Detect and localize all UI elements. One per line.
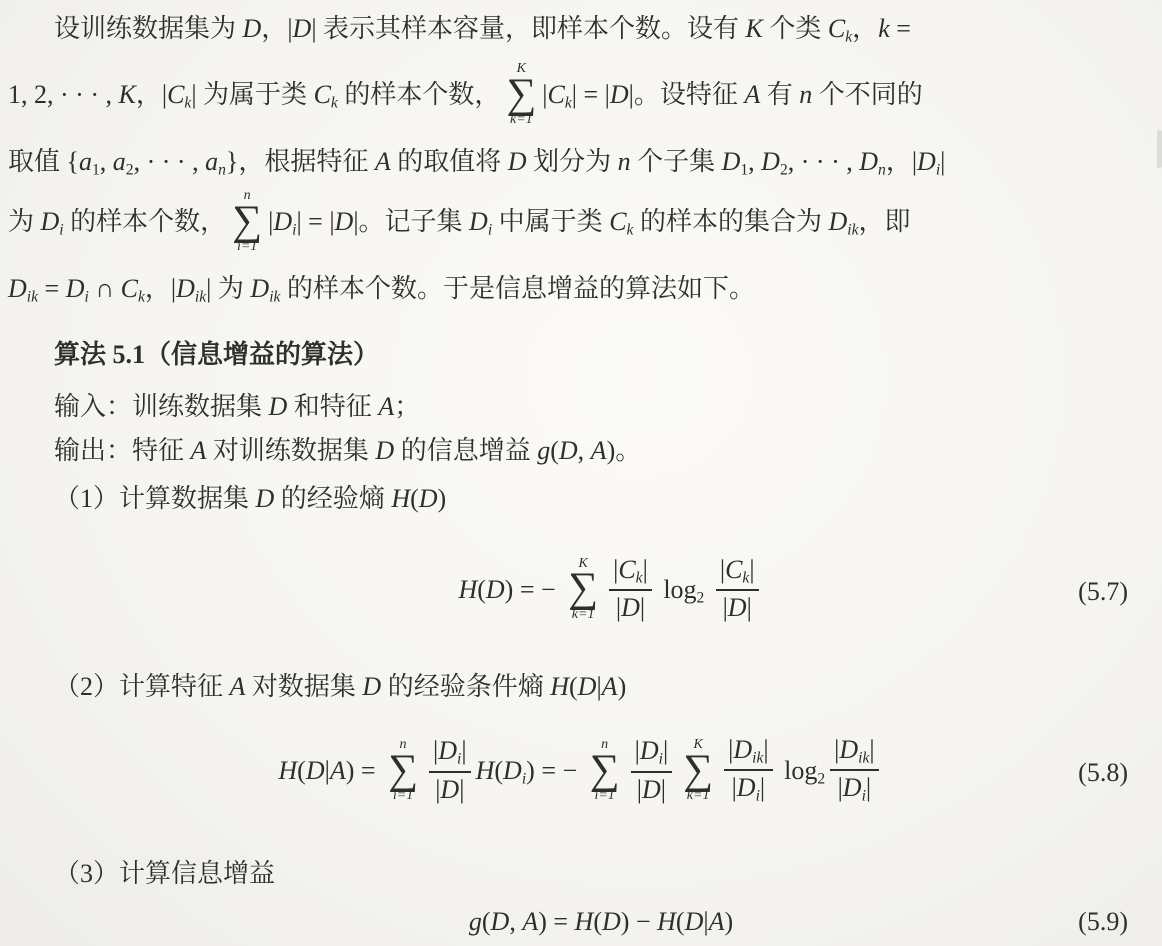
fraction: |Dik||Di| — [830, 735, 878, 806]
algorithm-input-line: 输入：训练数据集 D 和特征 A； — [8, 390, 1154, 424]
algorithm-step-1-label: （1）计算数据集 D 的经验熵 H(D) — [8, 482, 1154, 516]
summation-symbol: n∑i=1 — [590, 737, 620, 803]
formula-5-9-content: g(D, A) = H(D) − H(D|A) — [469, 907, 733, 936]
sigma-glyph: ∑ — [388, 753, 418, 789]
fraction: |Dik||Di| — [724, 735, 772, 806]
summation-symbol: K∑k=1 — [506, 61, 536, 127]
algorithm-step-3-label: （3）计算信息增益 — [8, 857, 1154, 891]
equation-number-5-9: (5.9) — [1078, 909, 1128, 935]
sigma-glyph: ∑ — [232, 204, 262, 240]
algorithm-heading: 算法 5.1（信息增益的算法） — [8, 338, 1154, 372]
equation-number-5-8: (5.8) — [1078, 760, 1128, 786]
formula-5-9: g(D, A) = H(D) − H(D|A) (5.9) — [8, 909, 1154, 935]
equation-number-5-7: (5.7) — [1078, 579, 1128, 605]
summation-symbol: n∑i=1 — [388, 737, 418, 803]
summation-symbol: n∑i=1 — [232, 188, 262, 254]
formula-5-7: H(D) = − K∑k=1|Ck||D| log2 |Ck||D| (5.7) — [8, 558, 1154, 626]
algorithm-step-2-label: （2）计算特征 A 对数据集 D 的经验条件熵 H(D|A) — [8, 670, 1154, 704]
formula-5-7-content: H(D) = − K∑k=1|Ck||D| log2 |Ck||D| — [458, 575, 763, 604]
intro-line-4: 为 Di 的样本个数，n∑i=1|Di| = |D|。记子集 Di 中属于类 C… — [8, 191, 1154, 257]
sigma-glyph: ∑ — [506, 77, 536, 113]
formula-5-8-content: H(D|A) = n∑i=1|Di||D|H(Di) = − n∑i=1|Di|… — [278, 756, 883, 785]
fraction: |Ck||D| — [609, 555, 652, 623]
sigma-glyph: ∑ — [568, 571, 598, 607]
sigma-glyph: ∑ — [590, 753, 620, 789]
fraction: |Di||D| — [631, 736, 673, 804]
intro-line-1: 设训练数据集为 D，|D| 表示其样本容量，即样本个数。设有 K 个类 Ck，k… — [8, 12, 1154, 54]
intro-line-5: Dik = Di ∩ Ck，|Dik| 为 Dik 的样本个数。于是信息增益的算… — [8, 272, 1154, 314]
intro-line-3: 取值 {a1, a2, · · · , an}，根据特征 A 的取值将 D 划分… — [8, 145, 1154, 187]
sigma-glyph: ∑ — [683, 753, 713, 789]
scan-artifact — [1157, 130, 1162, 168]
fraction: |Ck||D| — [716, 555, 759, 623]
fraction: |Di||D| — [429, 736, 471, 804]
summation-symbol: K∑k=1 — [568, 556, 598, 622]
summation-symbol: K∑k=1 — [683, 737, 713, 803]
algorithm-output-line: 输出：特征 A 对训练数据集 D 的信息增益 g(D, A)。 — [8, 434, 1154, 468]
book-page: 设训练数据集为 D，|D| 表示其样本容量，即样本个数。设有 K 个类 Ck，k… — [0, 0, 1162, 946]
intro-line-2: 1, 2, · · · , K，|Ck| 为属于类 Ck 的样本个数，K∑k=1… — [8, 64, 1154, 130]
formula-5-8: H(D|A) = n∑i=1|Di||D|H(Di) = − n∑i=1|Di|… — [8, 738, 1154, 809]
